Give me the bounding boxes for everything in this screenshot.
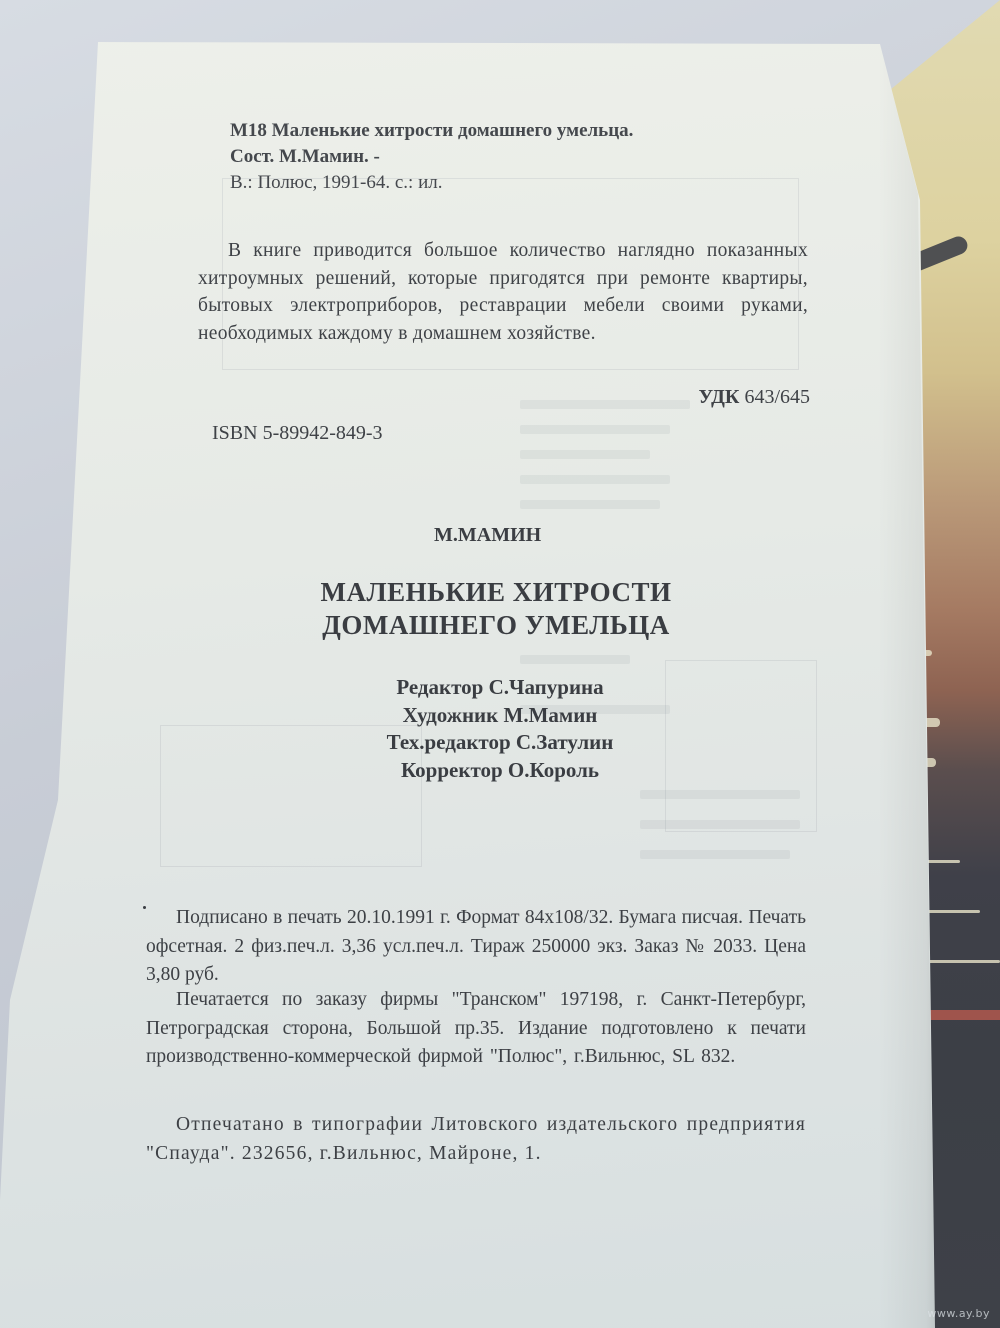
cover-illustration-stripe <box>920 1010 1000 1020</box>
bibliographic-imprint: М18 Маленькие хитрости домашнего умельца… <box>230 118 633 196</box>
bleed-through-line <box>520 475 670 484</box>
bleed-through-line <box>520 450 650 459</box>
credit-editor: Редактор С.Чапурина <box>330 674 670 702</box>
imprint-publisher-line: В.: Полюс, 1991-64. с.: ил. <box>230 170 633 196</box>
udk-value: 643/645 <box>744 386 810 408</box>
bleed-through-line <box>520 425 670 434</box>
credits-list: Редактор С.Чапурина Художник М.Мамин Тех… <box>330 674 670 784</box>
udk-label: УДК <box>699 386 740 408</box>
author-name: М.МАМИН <box>434 524 541 547</box>
credit-artist: Художник М.Мамин <box>330 702 670 730</box>
title-line-2: ДОМАШНЕГО УМЕЛЬЦА <box>300 609 692 642</box>
isbn: ISBN 5-89942-849-3 <box>212 422 383 445</box>
bleed-through-line <box>520 500 660 509</box>
imprint-compiler-line: Сост. М.Мамин. - <box>230 144 633 170</box>
credit-tech-editor: Тех.редактор С.Затулин <box>330 729 670 757</box>
credit-proofreader: Корректор О.Король <box>330 757 670 785</box>
book-title: МАЛЕНЬКИЕ ХИТРОСТИ ДОМАШНЕГО УМЕЛЬЦА <box>300 576 692 642</box>
bleed-through-frame <box>665 660 817 832</box>
bleed-through-line <box>640 850 790 859</box>
colophon-printing-info: Подписано в печать 20.10.1991 г. Формат … <box>146 904 806 990</box>
site-watermark: www.ay.by <box>927 1307 990 1320</box>
udk-code: УДК 643/645 <box>699 386 810 409</box>
colophon-printer-info: Отпечатано в типографии Литовского издат… <box>146 1111 806 1168</box>
bleed-through-line <box>520 400 690 409</box>
title-line-1: МАЛЕНЬКИЕ ХИТРОСТИ <box>300 576 692 609</box>
bleed-through-line <box>520 655 630 664</box>
colophon-publisher-info: Печатается по заказу фирмы "Транском" 19… <box>146 986 806 1072</box>
book-annotation: В книге приводится большое количество на… <box>198 237 808 347</box>
imprint-title-line: М18 Маленькие хитрости домашнего умельца… <box>230 118 633 144</box>
